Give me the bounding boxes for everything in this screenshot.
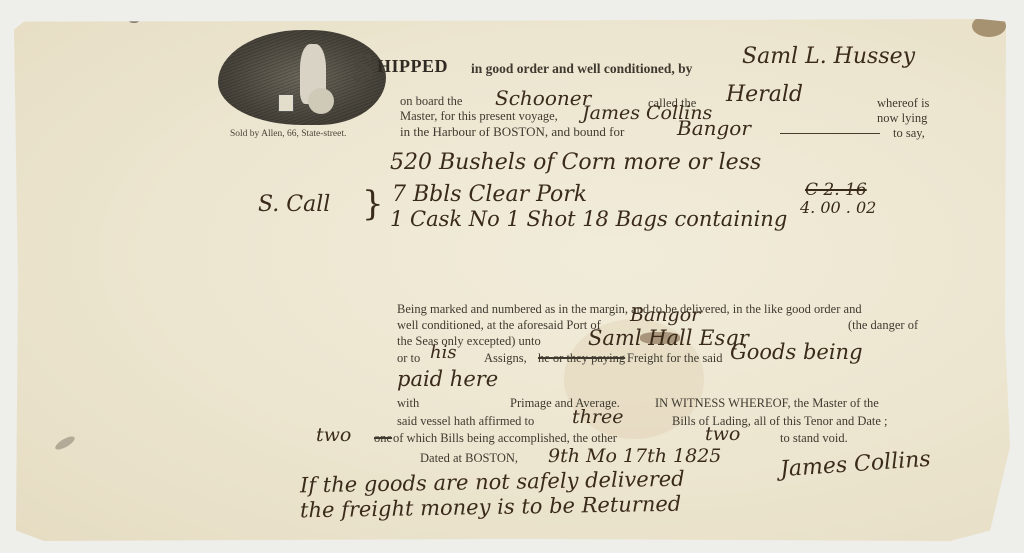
hw-bills-count: three [572, 406, 623, 428]
hw-port: Bangor [630, 304, 700, 326]
smudge [53, 434, 76, 452]
hw-cargo-line3: 1 Cask No 1 Shot 18 Bags containing [390, 207, 787, 231]
printed-harbour: in the Harbour of BOSTON, and bound for [400, 124, 624, 140]
hw-shipper: Saml L. Hussey [742, 44, 915, 69]
hw-other-count: two [705, 423, 740, 445]
printed-danger-of: (the danger of [848, 318, 918, 333]
printed-witness: IN WITNESS WHEREOF, the Master of the [655, 396, 879, 411]
printed-affirmed: said vessel hath affirmed to [397, 414, 534, 429]
printed-line1: in good order and well conditioned, by [471, 61, 692, 77]
printed-master: Master, for this present voyage, [400, 109, 558, 124]
printed-on-board: on board the [400, 94, 462, 109]
printed-stand-void: to stand void. [780, 431, 848, 446]
printed-to-say: to say, [893, 126, 925, 141]
hw-amount-struck: C 2. 16 [805, 180, 867, 200]
hw-amount: 4. 00 . 02 [800, 198, 876, 217]
figure-crate [278, 94, 294, 112]
margin-brace: } [362, 184, 384, 224]
hw-consignee: Saml Hall Esqr [588, 326, 749, 350]
ink-stain [972, 15, 1006, 37]
hw-vessel-type: Schooner [495, 86, 591, 110]
fill-line [780, 133, 880, 134]
title-shipped: HIPPED [377, 56, 448, 77]
hw-cargo-line2: 7 Bbls Clear Pork [392, 182, 587, 207]
printed-accomplished: of which Bills being accomplished, the o… [393, 431, 617, 446]
hw-cargo-line1: 520 Bushels of Corn more or less [390, 150, 761, 175]
title-initial: S [352, 44, 374, 91]
hw-date: 9th Mo 17th 1825 [548, 445, 721, 467]
hw-destination: Bangor [677, 116, 751, 140]
hw-margin-two: two [316, 424, 351, 446]
hw-vessel-name: Herald [726, 82, 803, 107]
printed-struck-he-or-they: he or they paying [538, 351, 625, 366]
printed-dated: Dated at BOSTON, [420, 451, 518, 466]
printed-or-to: or to [397, 351, 420, 366]
printed-freight-for: Freight for the said [627, 351, 722, 366]
hw-margin-mark: S. Call [258, 192, 330, 217]
printed-well-conditioned: well conditioned, at the aforesaid Port … [397, 318, 601, 333]
hw-assigns-pronoun: his [430, 342, 457, 363]
printed-with: with [397, 396, 419, 411]
printed-assigns: Assigns, [484, 351, 527, 366]
printed-seas-excepted: the Seas only excepted) unto [397, 334, 541, 349]
figure-barrel [308, 88, 334, 114]
hw-freight-note1: Goods being [730, 340, 863, 364]
hw-freight-note2: paid here [397, 367, 498, 391]
printed-now-lying: now lying [877, 111, 927, 126]
vignette-caption: Sold by Allen, 66, State-street. [230, 129, 346, 139]
printed-whereof: whereof is [877, 96, 929, 111]
printed-struck-one: one [374, 431, 392, 446]
edge-dot [129, 19, 139, 23]
